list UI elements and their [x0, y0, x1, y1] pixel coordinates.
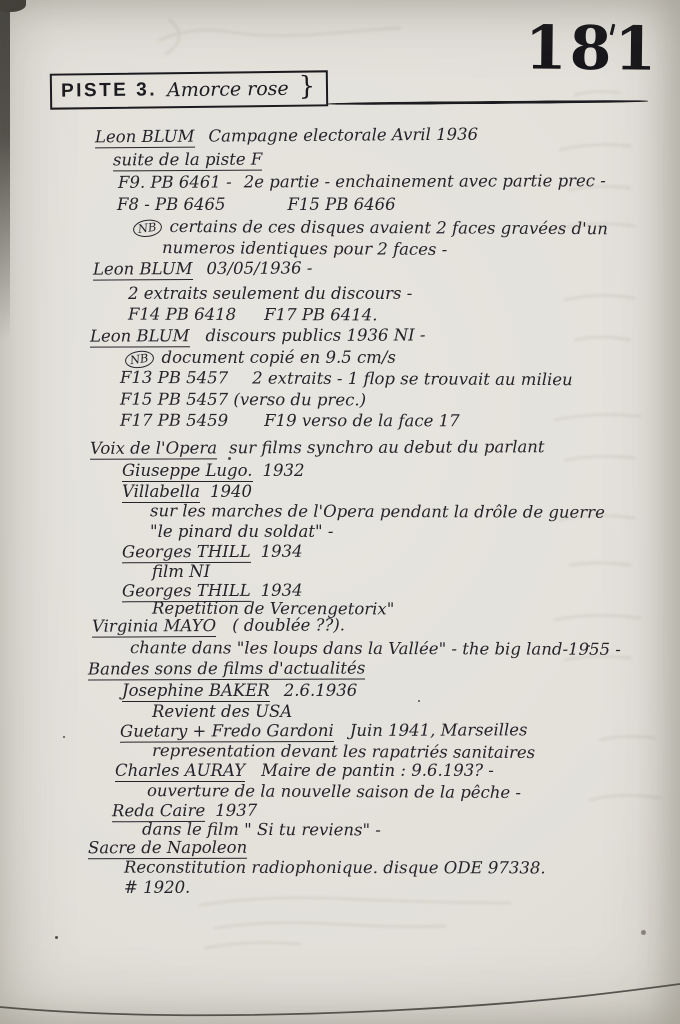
page-crease-line — [0, 0, 680, 1024]
scanned-document-page: 181 PISTE 3. Amorce rose } Leon BLUMCamp… — [0, 0, 680, 1024]
